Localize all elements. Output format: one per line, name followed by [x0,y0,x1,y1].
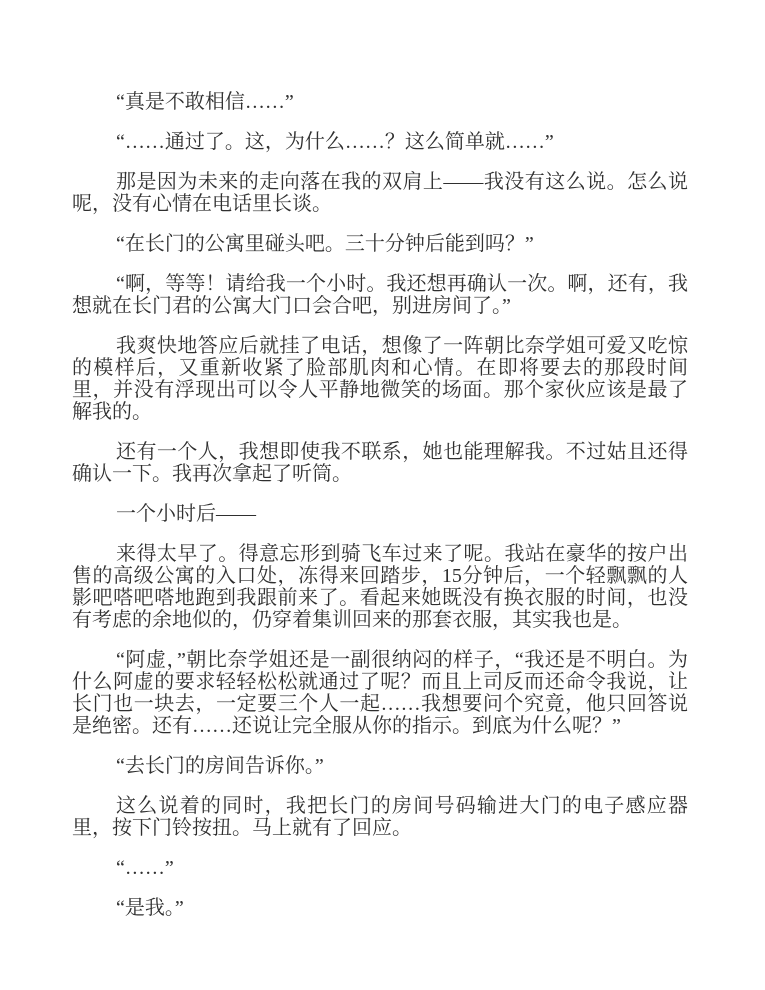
paragraph: “……通过了。这，为什么……？这么简单就……” [72,131,688,153]
paragraph: “真是不敢相信……” [72,91,688,113]
paragraph: “去长门的房间告诉你。” [72,755,688,777]
paragraph: “在长门的公寓里碰头吧。三十分钟后能到吗？” [72,233,688,255]
paragraph: “……” [72,857,688,879]
paragraph: 来得太早了。得意忘形到骑飞车过来了呢。我站在豪华的按户出售的高级公寓的入口处，冻… [72,543,688,631]
text-block: “真是不敢相信……” “……通过了。这，为什么……？这么简单就……” 那是因为未… [72,91,688,919]
paragraph: 一个小时后—— [72,503,688,525]
paragraph: “是我。” [72,897,688,919]
paragraph: “啊，等等！请给我一个小时。我还想再确认一次。啊，还有，我想就在长门君的公寓大门… [72,273,688,317]
paragraph: “阿虚，”朝比奈学姐还是一副很纳闷的样子，“我还是不明白。为什么阿虚的要求轻轻松… [72,649,688,737]
paragraph: 还有一个人，我想即使我不联系，她也能理解我。不过姑且还得确认一下。我再次拿起了听… [72,441,688,485]
paragraph: 这么说着的同时，我把长门的房间号码输进大门的电子感应器里，按下门铃按扭。马上就有… [72,795,688,839]
paragraph: 那是因为未来的走向落在我的双肩上——我没有这么说。怎么说呢，没有心情在电话里长谈… [72,171,688,215]
document-page: “真是不敢相信……” “……通过了。这，为什么……？这么简单就……” 那是因为未… [0,0,765,990]
paragraph: 我爽快地答应后就挂了电话，想像了一阵朝比奈学姐可爱又吃惊的模样后，又重新收紧了脸… [72,335,688,423]
